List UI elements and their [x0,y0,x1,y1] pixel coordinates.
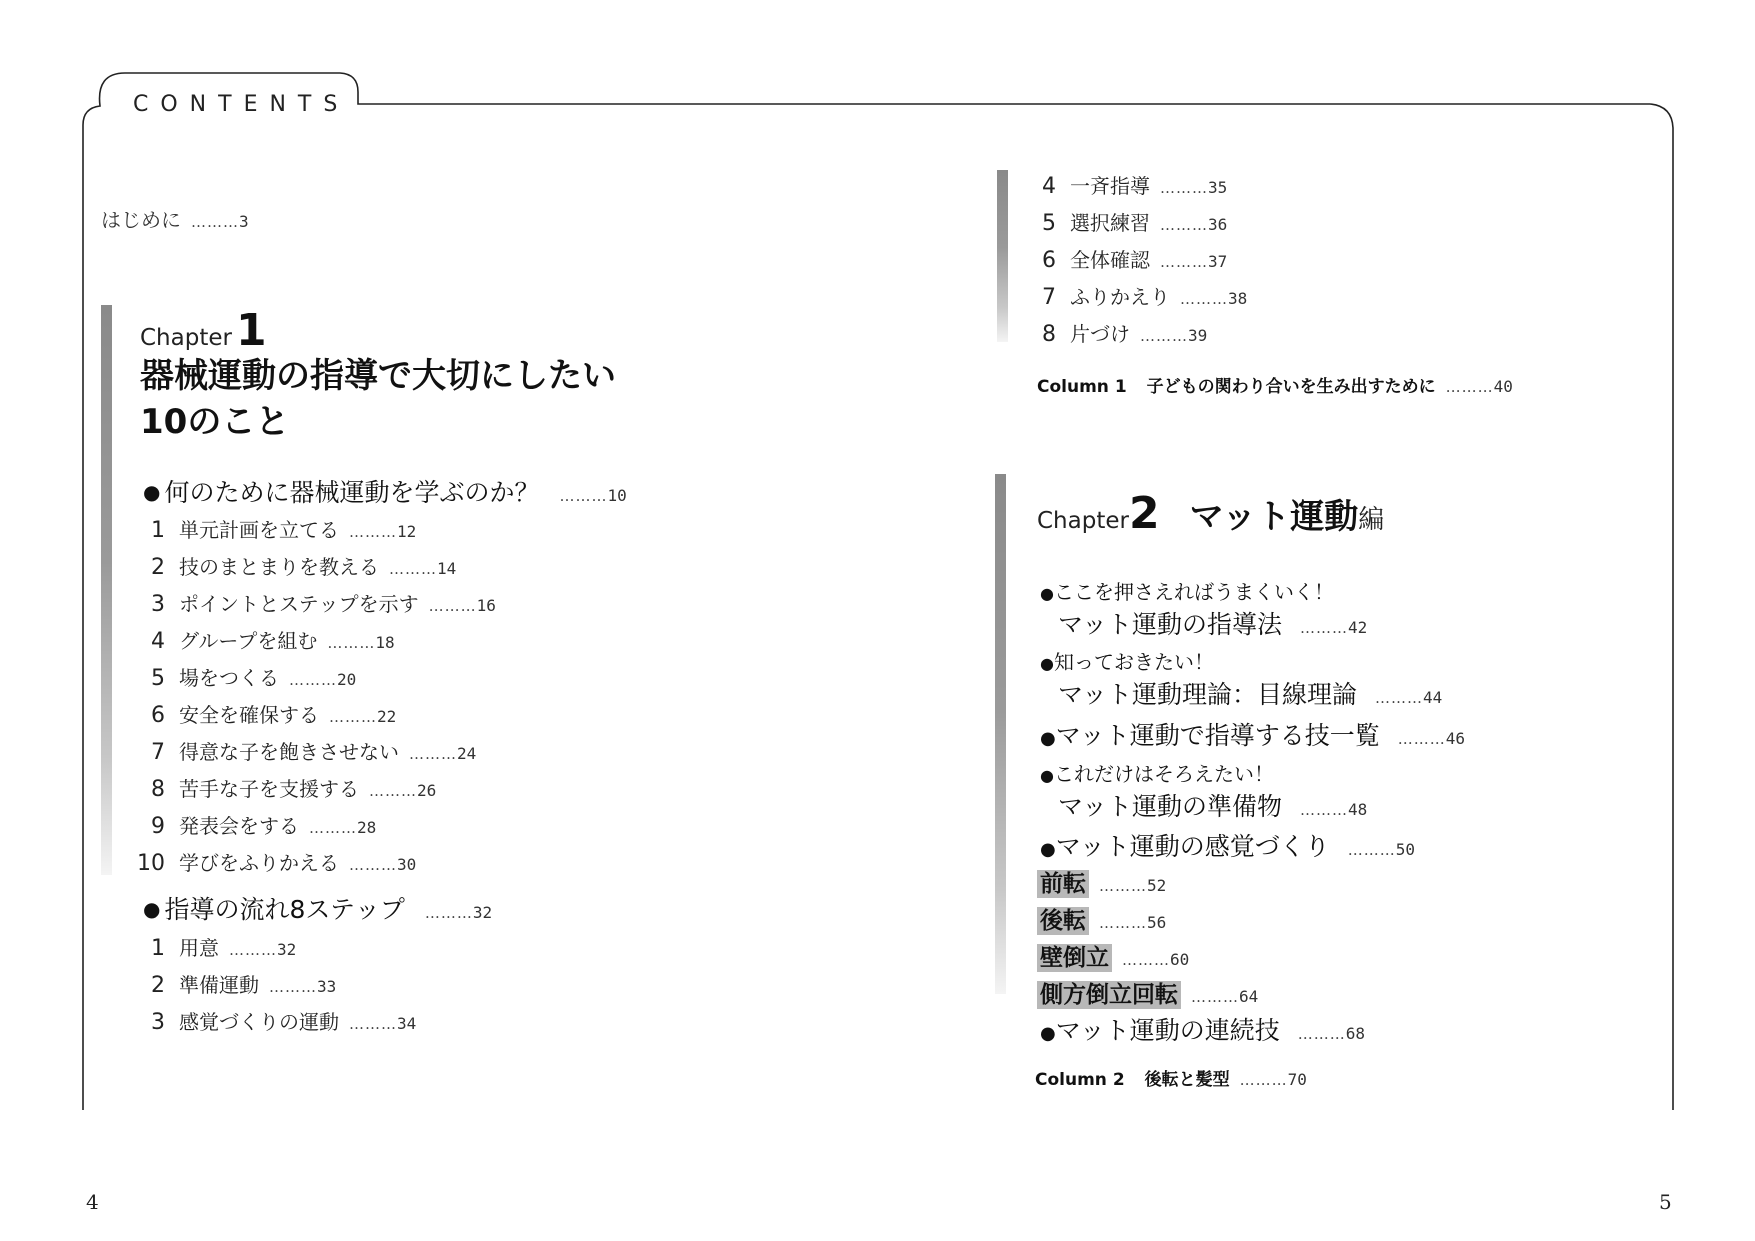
item-number: 9 [133,814,165,839]
page-number: 40 [1494,377,1513,396]
item-title: 感覚づくりの運動 [179,1010,339,1034]
chapter-number: 2 [1129,488,1160,539]
toc-item[interactable]: 7得意な子を飽きさせない………24 [133,736,476,765]
page-number: 64 [1239,987,1258,1006]
leader-dots: ……… [309,819,357,837]
toc-entry[interactable]: ●ここを押さえればうまくいく！ マット運動の指導法………42 [1040,576,1367,641]
bullet-icon: ● [1040,839,1056,860]
entry-lead: これだけはそろえたい！ [1054,762,1274,786]
continuation-accent-bar [997,170,1008,342]
toc-item[interactable]: 2技のまとまりを教える………14 [133,551,456,580]
item-title: 単元計画を立てる [179,518,339,542]
chapter-word: Chapter [140,325,232,351]
entry-title: マット運動の連続技 [1056,1016,1280,1045]
section-title: 何のために器械運動を学ぶのか？ [164,478,539,507]
item-number: 8 [133,777,165,802]
leader-dots: ……… [1099,877,1147,895]
chapter1-accent-bar [101,305,112,875]
bullet-icon: ● [1040,1023,1056,1044]
chapter1-title-line2: 10のこと [140,399,700,445]
page-number: 18 [375,633,394,652]
skill-tag: 後転 [1037,907,1089,935]
toc-item[interactable]: 9発表会をする………28 [133,810,376,839]
chapter-word: Chapter [1037,508,1129,534]
toc-section-why[interactable]: ●何のために器械運動を学ぶのか？………10 [143,473,627,509]
item-number: 2 [133,973,165,998]
toc-skill[interactable]: 側方倒立回転………64 [1037,976,1258,1009]
item-number: 3 [133,592,165,617]
page-number: 39 [1188,326,1207,345]
toc-item[interactable]: 6安全を確保する………22 [133,699,396,728]
leader-dots: ……… [389,560,437,578]
bullet-icon: ● [143,897,160,921]
page-number: 30 [397,855,416,874]
leader-dots: ……… [329,708,377,726]
page-number: 3 [239,212,249,231]
toc-skill[interactable]: 壁倒立………60 [1037,939,1189,972]
item-number: 1 [133,518,165,543]
item-title: 学びをふりかえる [179,851,339,875]
contents-frame [0,0,1755,1241]
page-number: 28 [357,818,376,837]
item-title: ポイントとステップを示す [179,592,419,616]
leader-dots: ……… [1140,327,1188,345]
section-title: 指導の流れ8ステップ [164,895,404,924]
toc-item[interactable]: 8片づけ………39 [1024,318,1207,347]
page-number: 22 [377,707,396,726]
leader-dots: ……… [409,745,457,763]
page-number: 12 [397,522,416,541]
leader-dots: ……… [1191,988,1239,1006]
page-number: 44 [1423,688,1442,707]
item-number: 3 [133,1010,165,1035]
toc-item[interactable]: 5選択練習………36 [1024,207,1227,236]
column-label: Column 2 [1035,1070,1125,1090]
page-number: 33 [317,977,336,996]
toc-item[interactable]: 6全体確認………37 [1024,244,1227,273]
item-title: 得意な子を飽きさせない [179,740,399,764]
leader-dots: ……… [229,941,277,959]
item-number: 10 [133,851,165,876]
entry-lead: 知っておきたい！ [1054,650,1214,674]
toc-column1[interactable]: Column 1子どもの関わり合いを生み出すために………40 [1037,372,1513,397]
leader-dots: ……… [1348,841,1396,859]
page-number: 14 [437,559,456,578]
toc-item[interactable]: 1単元計画を立てる………12 [133,514,416,543]
leader-dots: ……… [1160,179,1208,197]
leader-dots: ……… [289,671,337,689]
bullet-icon: ● [1040,584,1054,603]
leader-dots: ……… [1298,1025,1346,1043]
item-title: 全体確認 [1070,248,1150,272]
toc-item[interactable]: 7ふりかえり………38 [1024,281,1247,310]
toc-item[interactable]: 1用意………32 [133,932,296,961]
toc-entry[interactable]: ●知っておきたい！ マット運動理論：目線理論………44 [1040,646,1442,711]
page-number: 16 [477,596,496,615]
page-number-right: 5 [1659,1190,1672,1214]
page-number-left: 4 [86,1190,99,1214]
toc-entry[interactable]: ●これだけはそろえたい！ マット運動の準備物………48 [1040,758,1367,823]
bullet-icon: ● [1040,654,1054,673]
page-number: 32 [277,940,296,959]
page-number: 32 [473,903,492,922]
item-title: ふりかえり [1070,285,1170,309]
page-number: 10 [607,486,626,505]
page-number: 42 [1348,618,1367,637]
chapter-number: 1 [236,305,267,356]
chapter1-title-line1: 器械運動の指導で大切にしたい [140,353,700,399]
item-title: グループを組む [179,629,317,653]
page-number: 68 [1346,1024,1365,1043]
leader-dots: ……… [1375,689,1423,707]
entry-title: はじめに [101,208,181,232]
toc-skill[interactable]: 後転………56 [1037,902,1166,935]
bullet-icon: ● [1040,766,1054,785]
leader-dots: ……… [1398,730,1446,748]
bullet-icon: ● [1040,728,1056,749]
contents-header: CONTENTS [133,92,349,117]
toc-entry-combo[interactable]: ●マット運動の連続技………68 [1040,1011,1365,1047]
leader-dots: ……… [1446,378,1494,396]
page-number: 37 [1208,252,1227,271]
leader-dots: ……… [1300,619,1348,637]
item-number: 8 [1024,322,1056,347]
page-number: 20 [337,670,356,689]
item-title: 場をつくる [179,666,279,690]
entry-title: マット運動で指導する技一覧 [1056,721,1380,750]
item-title: 選択練習 [1070,211,1150,235]
page-number: 56 [1147,913,1166,932]
toc-skill[interactable]: 前転………52 [1037,865,1166,898]
toc-section-flow[interactable]: ●指導の流れ8ステップ………32 [143,890,492,926]
item-number: 7 [133,740,165,765]
item-number: 5 [133,666,165,691]
column-title: 子どもの関わり合いを生み出すために [1147,377,1436,397]
leader-dots: ……… [327,634,375,652]
page-number: 60 [1170,950,1189,969]
skill-tag: 壁倒立 [1037,944,1112,972]
item-title: 一斉指導 [1070,174,1150,198]
item-number: 2 [133,555,165,580]
toc-item[interactable]: 3感覚づくりの運動………34 [133,1006,416,1035]
entry-lead: ここを押さえればうまくいく！ [1054,580,1334,604]
leader-dots: ……… [1122,951,1170,969]
toc-item[interactable]: 4グループを組む………18 [133,625,395,654]
skill-tag: 側方倒立回転 [1037,981,1181,1009]
leader-dots: ……… [1300,801,1348,819]
leader-dots: ……… [1160,216,1208,234]
page-number: 50 [1396,840,1415,859]
item-title: 発表会をする [179,814,299,838]
item-title: 安全を確保する [179,703,319,727]
item-title: 準備運動 [179,973,259,997]
toc-entry[interactable]: ●マット運動の感覚づくり………50 [1040,827,1415,863]
toc-item[interactable]: 5場をつくる………20 [133,662,356,691]
toc-item[interactable]: 3ポイントとステップを示す………16 [133,588,496,617]
item-number: 5 [1024,211,1056,236]
entry-title: マット運動の指導法 [1058,610,1282,639]
leader-dots: ……… [559,487,607,505]
item-title: 片づけ [1070,322,1130,346]
page-number: 26 [417,781,436,800]
page-number: 52 [1147,876,1166,895]
toc-column2[interactable]: Column 2後転と髪型………70 [1035,1065,1307,1090]
chapter2-accent-bar [995,474,1006,994]
leader-dots: ……… [429,597,477,615]
page-number: 70 [1288,1070,1307,1089]
leader-dots: ……… [369,782,417,800]
leader-dots: ……… [349,1015,397,1033]
toc-entry[interactable]: ●マット運動で指導する技一覧………46 [1040,716,1465,752]
leader-dots: ……… [1240,1071,1288,1089]
chapter2-suffix: 編 [1358,505,1384,535]
toc-entry-intro[interactable]: はじめに………3 [101,204,249,233]
toc-item[interactable]: 8苦手な子を支援する………26 [133,773,436,802]
leader-dots: ……… [349,856,397,874]
item-number: 6 [133,703,165,728]
leader-dots: ……… [191,213,239,231]
skill-tag: 前転 [1037,870,1089,898]
item-number: 7 [1024,285,1056,310]
page-number: 48 [1348,800,1367,819]
item-number: 6 [1024,248,1056,273]
chapter2-heading: Chapter2マット運動編 [1037,488,1384,539]
chapter2-title: マット運動 [1190,497,1359,537]
bullet-icon: ● [143,480,160,504]
toc-item[interactable]: 10学びをふりかえる………30 [133,847,416,876]
page-number: 24 [457,744,476,763]
page-number: 38 [1228,289,1247,308]
page-number: 36 [1208,215,1227,234]
leader-dots: ……… [1160,253,1208,271]
item-title: 用意 [179,936,219,960]
item-number: 4 [133,629,165,654]
chapter1-title: 器械運動の指導で大切にしたい 10のこと [140,353,700,445]
leader-dots: ……… [269,978,317,996]
item-number: 1 [133,936,165,961]
entry-title: マット運動理論：目線理論 [1058,680,1357,709]
entry-title: マット運動の感覚づくり [1056,832,1330,861]
column-label: Column 1 [1037,377,1127,397]
entry-title: マット運動の準備物 [1058,792,1282,821]
item-number: 4 [1024,174,1056,199]
toc-item[interactable]: 2準備運動………33 [133,969,336,998]
page-number: 34 [397,1014,416,1033]
leader-dots: ……… [425,904,473,922]
page-number: 35 [1208,178,1227,197]
leader-dots: ……… [1180,290,1228,308]
chapter1-heading: Chapter1 [140,305,267,356]
toc-item[interactable]: 4一斉指導………35 [1024,170,1227,199]
leader-dots: ……… [1099,914,1147,932]
item-title: 苦手な子を支援する [179,777,359,801]
page-number: 46 [1446,729,1465,748]
item-title: 技のまとまりを教える [179,555,379,579]
column-title: 後転と髪型 [1145,1070,1230,1090]
leader-dots: ……… [349,523,397,541]
